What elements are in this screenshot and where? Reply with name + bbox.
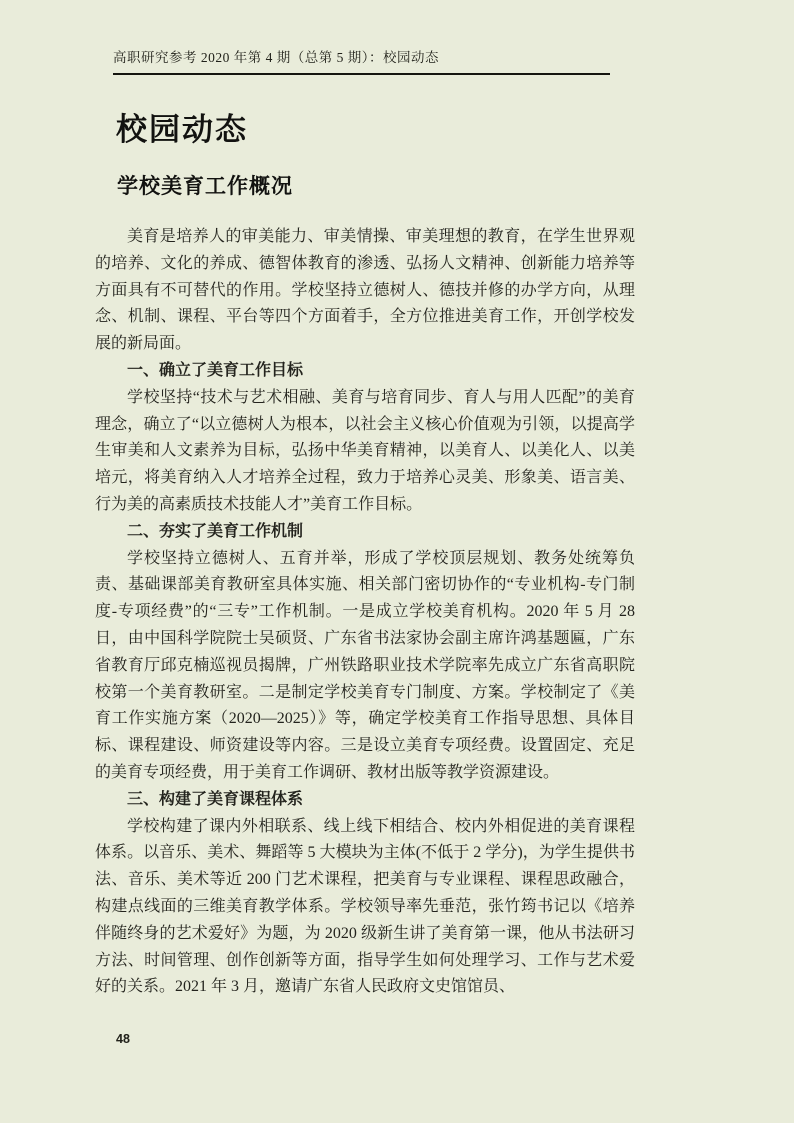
paragraph-intro: 美育是培养人的审美能力、审美情操、审美理想的教育，在学生世界观的培养、文化的养成… [95, 224, 635, 358]
article-title: 校园动态 [116, 104, 248, 149]
article-subtitle: 学校美育工作概况 [117, 170, 293, 200]
header-running-title: 高职研究参考 2020 年第 4 期（总第 5 期）：校园动态 [113, 46, 610, 66]
article-body: 美育是培养人的审美能力、审美情操、审美理想的教育，在学生世界观的培养、文化的养成… [95, 224, 635, 1001]
section-heading-3: 三、构建了美育课程体系 [95, 787, 635, 814]
section-heading-1: 一、确立了美育工作目标 [95, 358, 635, 385]
document-page: 高职研究参考 2020 年第 4 期（总第 5 期）：校园动态 校园动态 学校美… [0, 0, 794, 1123]
paragraph-section-3: 学校构建了课内外相联系、线上线下相结合、校内外相促进的美育课程体系。以音乐、美术… [95, 814, 635, 1002]
paragraph-section-1: 学校坚持“技术与艺术相融、美育与培育同步、育人与用人匹配”的美育理念，确立了“以… [95, 385, 635, 519]
paragraph-section-2: 学校坚持立德树人、五育并举，形成了学校顶层规划、教务处统筹负责、基础课部美育教研… [95, 546, 635, 787]
section-heading-2: 二、夯实了美育工作机制 [95, 519, 635, 546]
page-number: 48 [116, 1032, 130, 1046]
page-header: 高职研究参考 2020 年第 4 期（总第 5 期）：校园动态 [113, 46, 610, 75]
